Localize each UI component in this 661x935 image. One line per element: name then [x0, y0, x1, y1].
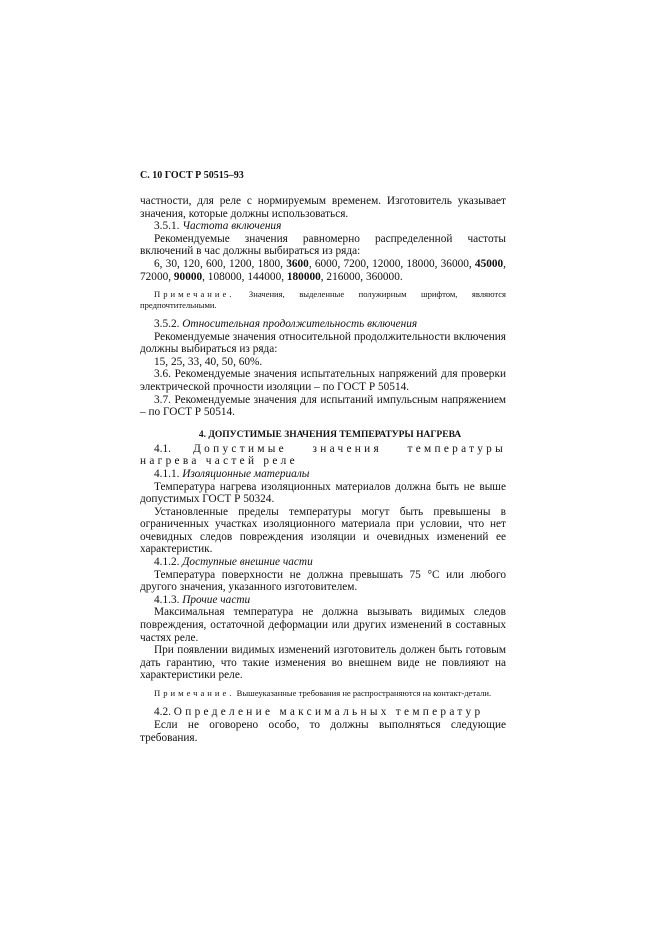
subsection-heading-4-1-2: 4.1.2. Доступные внешние части	[140, 556, 506, 569]
subsection-heading-3-5-1: 3.5.1. Частота включения	[140, 220, 506, 233]
paragraph: Температура нагрева изоляционных материа…	[140, 481, 506, 506]
note: Примечание. Значения, выделенные полужир…	[140, 289, 506, 310]
subsection-heading-4-1-1: 4.1.1. Изоляционные материалы	[140, 468, 506, 481]
paragraph: Рекомендуемые значения относительной про…	[140, 331, 506, 356]
page-header: С. 10 ГОСТ Р 50515–93	[140, 170, 506, 181]
paragraph: Температура поверхности не должна превыш…	[140, 569, 506, 594]
paragraph: 3.6. Рекомендуемые значения испытательны…	[140, 368, 506, 393]
frequency-series: 6, 30, 120, 600, 1200, 1800, 3600, 6000,…	[140, 258, 506, 283]
subsection-heading-4-1-3: 4.1.3. Прочие части	[140, 594, 506, 607]
paragraph: 15, 25, 33, 40, 50, 60%.	[140, 356, 506, 369]
note: Примечание. Вышеуказанные требования не …	[140, 688, 506, 698]
section-heading-4: 4. ДОПУСТИМЫЕ ЗНАЧЕНИЯ ТЕМПЕРАТУРЫ НАГРЕ…	[140, 430, 506, 440]
subsection-heading-3-5-2: 3.5.2. Относительная продолжительность в…	[140, 318, 506, 331]
subsection-heading-4-1: 4.1. Допустимые значения температуры наг…	[140, 443, 506, 468]
paragraph: При появлении видимых изменений изготови…	[140, 644, 506, 682]
paragraph: частности, для реле с нормируемым времен…	[140, 195, 506, 220]
paragraph: Рекомендуемые значения равномерно распре…	[140, 233, 506, 258]
paragraph: 3.7. Рекомендуемые значения для испытани…	[140, 394, 506, 419]
paragraph: Максимальная температура не должна вызыв…	[140, 606, 506, 644]
paragraph: Если не оговорено особо, то должны выпол…	[140, 719, 506, 744]
document-page: С. 10 ГОСТ Р 50515–93 частности, для рел…	[140, 170, 506, 744]
subsection-heading-4-2: 4.2. Определение максимальных температур	[140, 706, 506, 719]
paragraph: Установленные пределы температуры могут …	[140, 506, 506, 556]
